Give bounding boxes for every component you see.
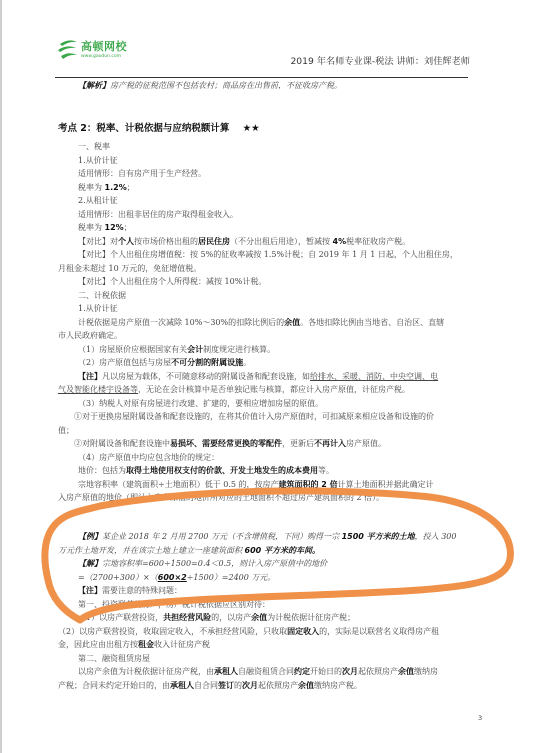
subheading-tax-rate: 一、税率 [78, 141, 110, 152]
logo-name: 高顿网校 [81, 38, 127, 54]
example-line: 万元作土地开发，并在该宗土地上建立一座建筑面积 600 平方米的车间。 [58, 545, 320, 556]
text-line: （2）以房产联营投资，收取固定收入，不承担经营风险，只收取固定收入的，实际是以联… [58, 626, 439, 637]
text-line: 气及智能化楼宇设备等，无论在会计核算中是否单独记账与核算，都应计入房产原值，计征… [58, 384, 410, 395]
section-heading: 考点 2：税率、计税依据与应纳税额计算 ★★ [58, 120, 260, 134]
text-line: 金，因此应由出租方按租金收入计征房产税 [58, 639, 210, 650]
text-line: （1）房屋原价应根据国家有关会计制度规定进行核算。 [78, 344, 275, 355]
solution-line: =（2700+300）×（600×2÷1500）=2400 万元。 [78, 572, 275, 583]
text-line: 【注】凡以房屋为载体，不可随意移动的附属设备和配套设施，如给排水、采暖、消防、中… [78, 371, 438, 382]
text-line: 适用情形：自有房产用于生产经营。 [78, 168, 206, 179]
text-line: 地价：包括为取得土地使用权支付的价款、开发土地发生的成本费用等。 [78, 465, 334, 476]
text-line: 计税依据是房产原值一次减除 10%～30%的扣除比例后的余值。各地扣除比例由当地… [78, 317, 444, 328]
difficulty-stars: ★★ [243, 123, 260, 134]
analysis-line: 【解析】房产税的征税范围不包括农村；商品房在出售前，不征收房产税。 [78, 80, 342, 91]
subheading-finance-lease: 第二、融资租赁房屋 [78, 653, 150, 664]
subheading-tax-basis: 二、计税依据 [78, 290, 126, 301]
logo-swoosh-icon [57, 38, 79, 62]
text-line: 【对比】个人出租住房增值税：按 5%的征收率减按 1.5%计税；自 2019 年… [78, 249, 458, 260]
text-line: 税率为 1.2%； [78, 182, 135, 193]
text-line: 适用情形：出租非居住的房产取得租金收入。 [78, 209, 238, 220]
page-left-border [0, 0, 2, 753]
course-title: 2019 年名师专业课-税法 讲师：刘佳辉老师 [290, 53, 470, 67]
text-line: （3）纳税人对原有房屋进行改建、扩建的，要相应增加房屋的原值。 [78, 398, 323, 409]
page-number: 3 [478, 714, 482, 722]
text-line: ②对附属设备和配套设施中易损坏、需要经常更换的零配件，更新后不再计入房产原值。 [74, 438, 386, 449]
text-line: ①对于更换房屋附属设备和配套设施的，在将其价值计入房产原值时，可扣减原来相应设备… [74, 411, 434, 422]
logo-url: www.gaodun.com [81, 54, 121, 59]
text-line: （4）房产原值中均应包含地价的规定： [78, 452, 219, 463]
header-divider [55, 77, 468, 78]
solution-line: 【解】宗地容积率=600÷1500=0.4＜0.5，则计入房产原值中的地价 [78, 558, 327, 569]
text-line: 宗地容积率（建筑面积÷土地面积）低于 0.5 的，按房产建筑面积的 2 倍计算土… [78, 479, 434, 490]
text-line: （2）房产原值包括与房屋不可分割的附属设施。 [78, 357, 251, 368]
subheading-ad-valorem: 1.从价计征 [78, 155, 118, 166]
text-line: 【对比】对个人按市场价格出租的居民住房（不分出租后用途），暂减按 4%税率征收房… [78, 236, 410, 247]
text-line: 产税；合同未约定开始日的，由承租人自合同签订的次月起依照房产余值缴纳房产税。 [58, 680, 362, 691]
text-line: 月租金未超过 10 万元的，免征增值税。 [58, 263, 201, 274]
text-line: （1）以房产联营投资，共担经营风险的，以房产余值为计税依据计征房产税； [78, 612, 355, 623]
note-line: 【注】需要注意的特殊问题： [78, 585, 182, 596]
text-line: 税率为 12%； [78, 222, 132, 233]
text-line: 1.从价计征 [78, 303, 118, 314]
example-line: 【例】某企业 2018 年 2 月用 2700 万元（不含增值税，下同）购得一宗… [78, 531, 456, 542]
text-line: 入房产原值的地价（即计入房产原值的地价所对应的土地面积不超过房产建筑面积的 2 … [58, 492, 384, 503]
text-line: 以房产余值为计税依据计征房产税，由承租人自融资租赁合同约定开始日的次月起依照房产… [78, 666, 438, 677]
gaodun-logo: 高顿网校 www.gaodun.com [57, 36, 137, 68]
subheading-rental: 2.从租计征 [78, 195, 118, 206]
page-header: 高顿网校 www.gaodun.com 2019 年名师专业课-税法 讲师：刘佳… [55, 36, 470, 78]
text-line: 第一、投资联营的房产，房产税计税依据应区别对待： [78, 599, 270, 610]
text-line: 【对比】个人出租住房个人所得税：减按 10%计税。 [78, 276, 266, 287]
text-line: 市人民政府确定。 [58, 330, 122, 341]
text-line: 值； [58, 425, 74, 436]
